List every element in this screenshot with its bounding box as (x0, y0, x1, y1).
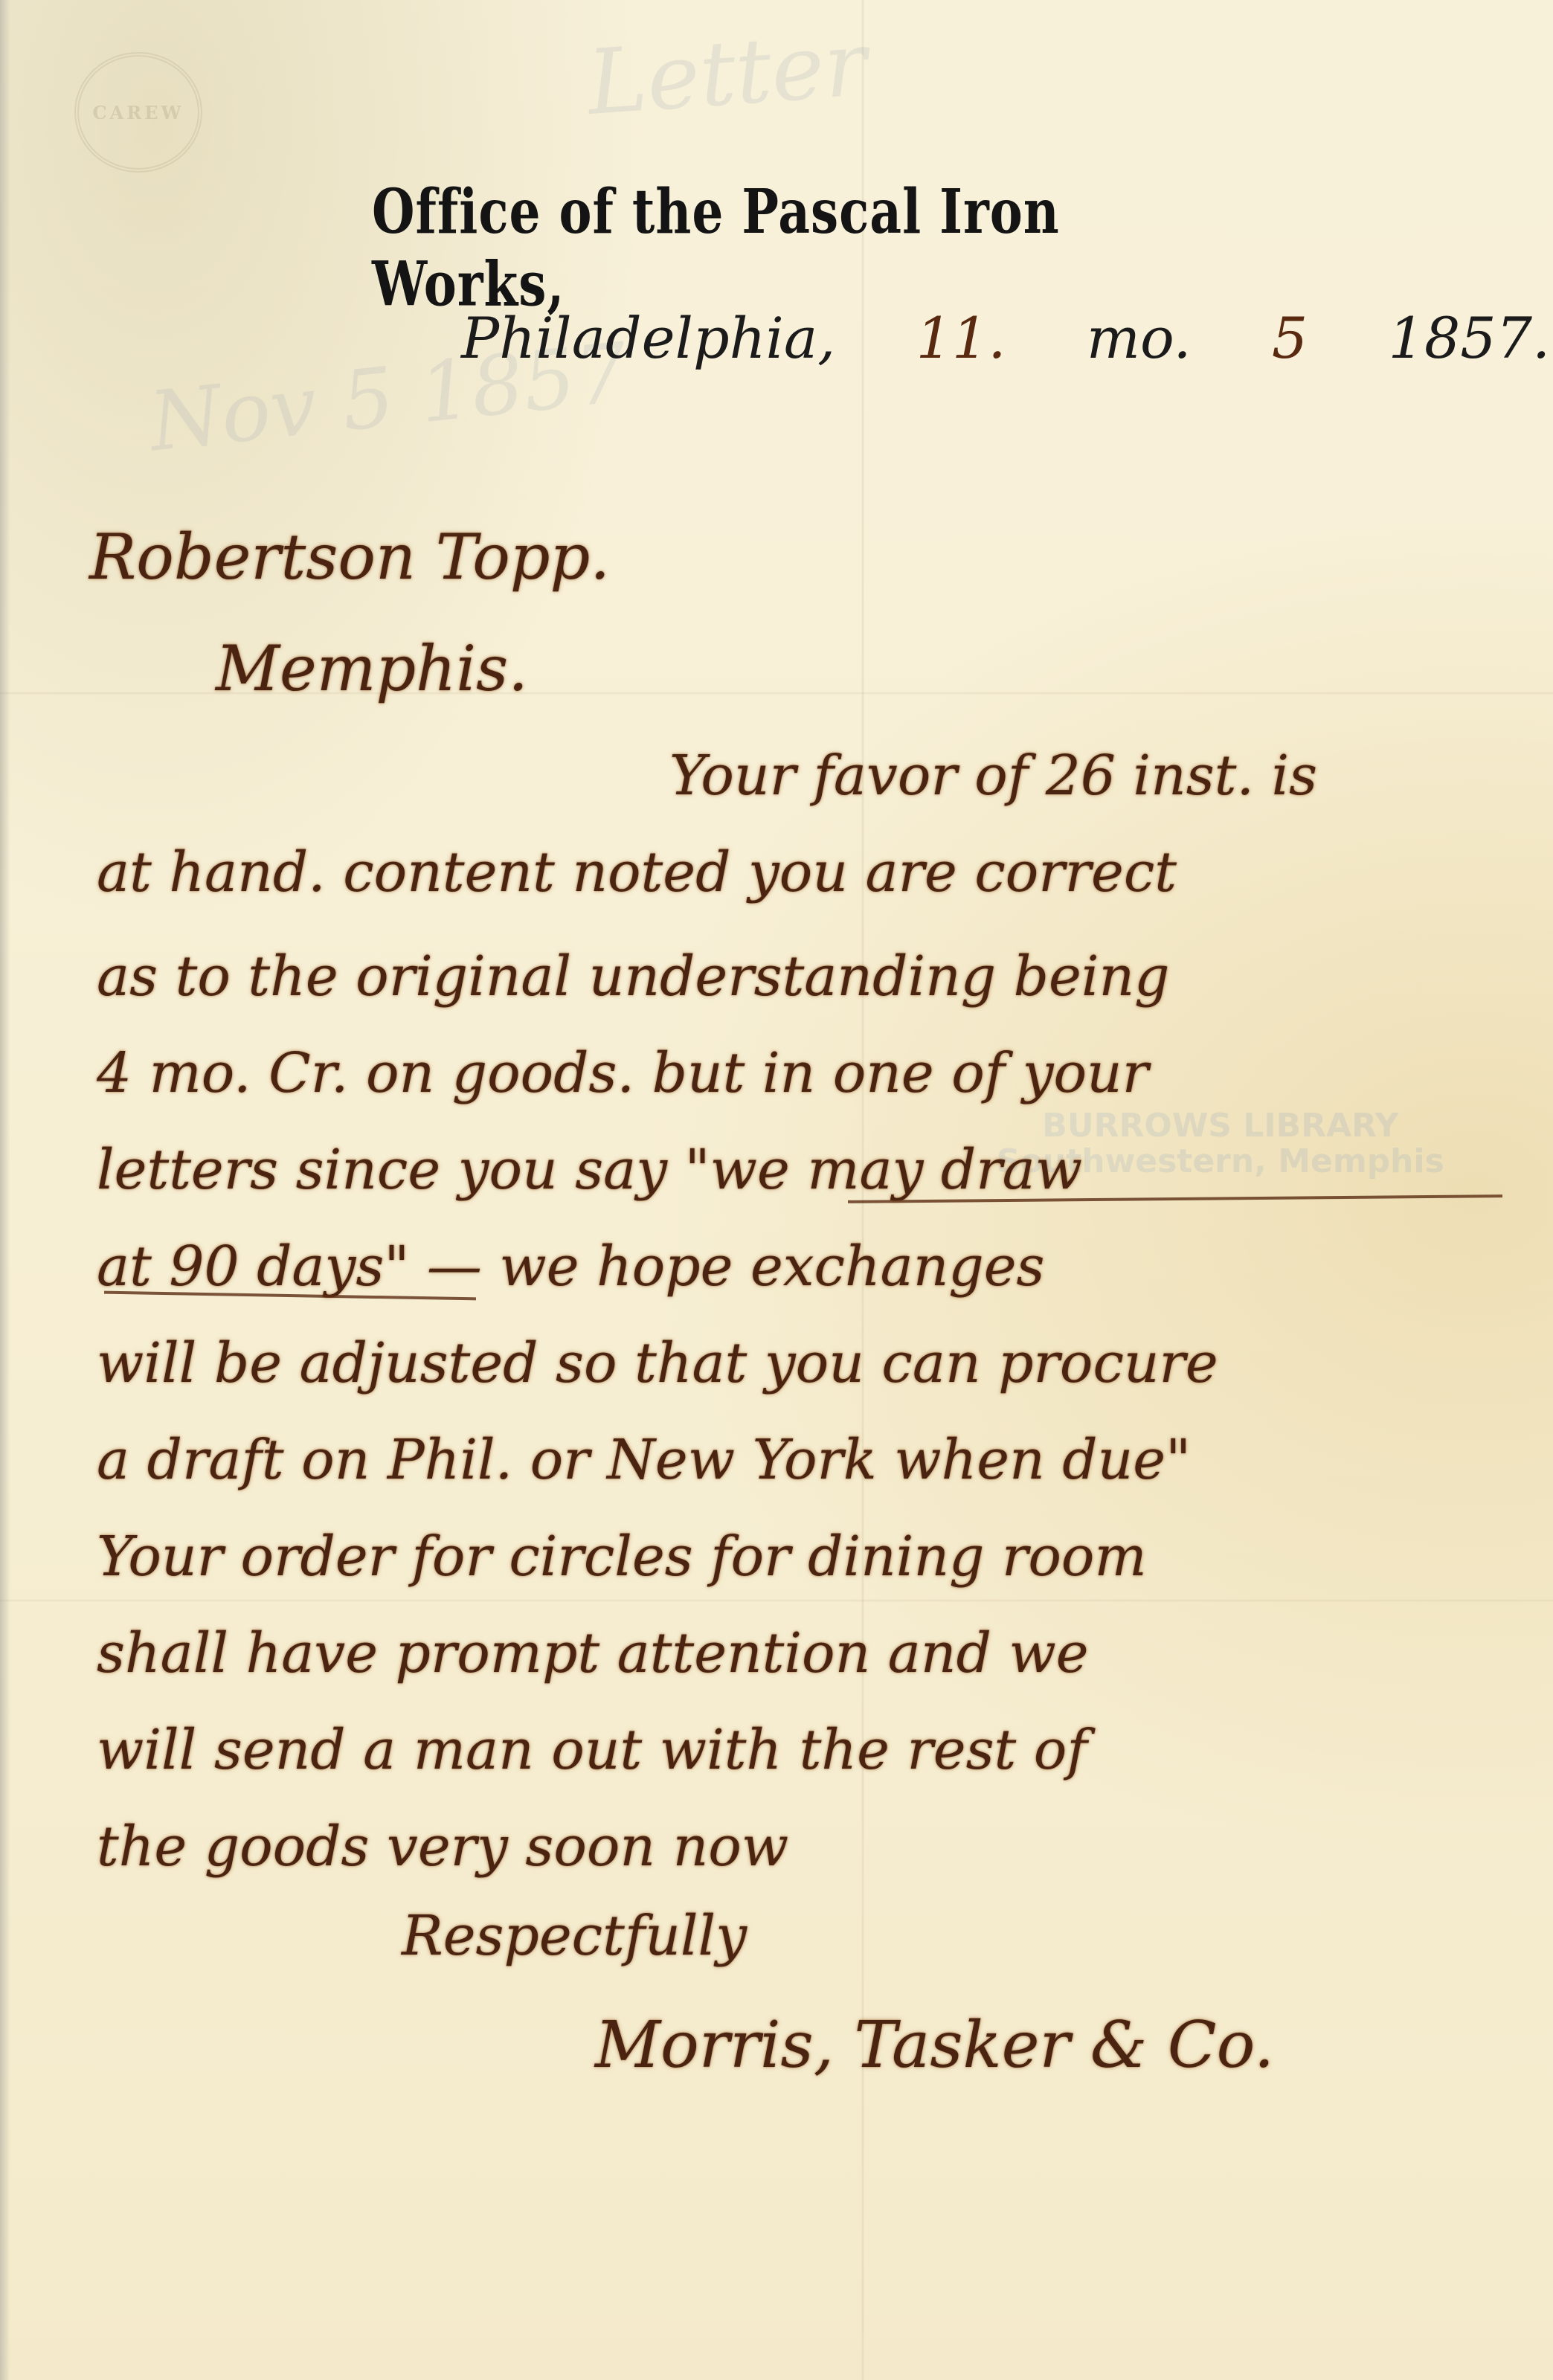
date-day: 5 (1272, 305, 1308, 371)
emboss-text: CAREW (93, 102, 184, 123)
date-month: 11. (916, 305, 1006, 371)
body-line: at hand. content noted you are correct (97, 840, 1177, 904)
date-month-abbrev: mo. (1087, 305, 1192, 371)
paper-left-edge (0, 0, 10, 2380)
signature: Morris, Tasker & Co. (595, 2008, 1274, 2082)
dateline: Philadelphia, 11. mo. 5 1857. (461, 305, 1550, 371)
recipient-name: Robertson Topp. (89, 521, 610, 594)
body-line: Your favor of 26 inst. is (669, 744, 1317, 808)
recipient-city: Memphis. (216, 632, 528, 705)
letterhead-title: Office of the Pascal Iron Works, (372, 176, 1264, 321)
body-line: at 90 days" — we hope exchanges (97, 1235, 1045, 1299)
body-line: shall have prompt attention and we (97, 1621, 1089, 1685)
embossed-seal: CAREW (74, 52, 202, 173)
body-text: at 90 days" — we hope exchanges (97, 1235, 1045, 1299)
body-line: as to the original understanding being (97, 945, 1170, 1009)
date-place: Philadelphia, (461, 305, 835, 371)
body-line: the goods very soon now (97, 1815, 788, 1879)
body-line: Your order for circles for dining room (97, 1525, 1147, 1589)
horizontal-fold-crease (0, 1599, 1553, 1602)
body-line: letters since you say "we may draw (97, 1138, 1082, 1202)
body-line: will send a man out with the rest of (97, 1718, 1087, 1782)
body-line: 4 mo. Cr. on goods. but in one of your (97, 1041, 1148, 1105)
show-through-text: Letter (585, 13, 870, 135)
body-line: will be adjusted so that you can procure (97, 1331, 1218, 1395)
body-line: a draft on Phil. or New York when due" (97, 1428, 1191, 1492)
closing: Respectfully (402, 1904, 747, 1968)
body-text: letters since you say "we may draw (97, 1138, 1082, 1202)
date-year: 1857. (1389, 305, 1551, 371)
